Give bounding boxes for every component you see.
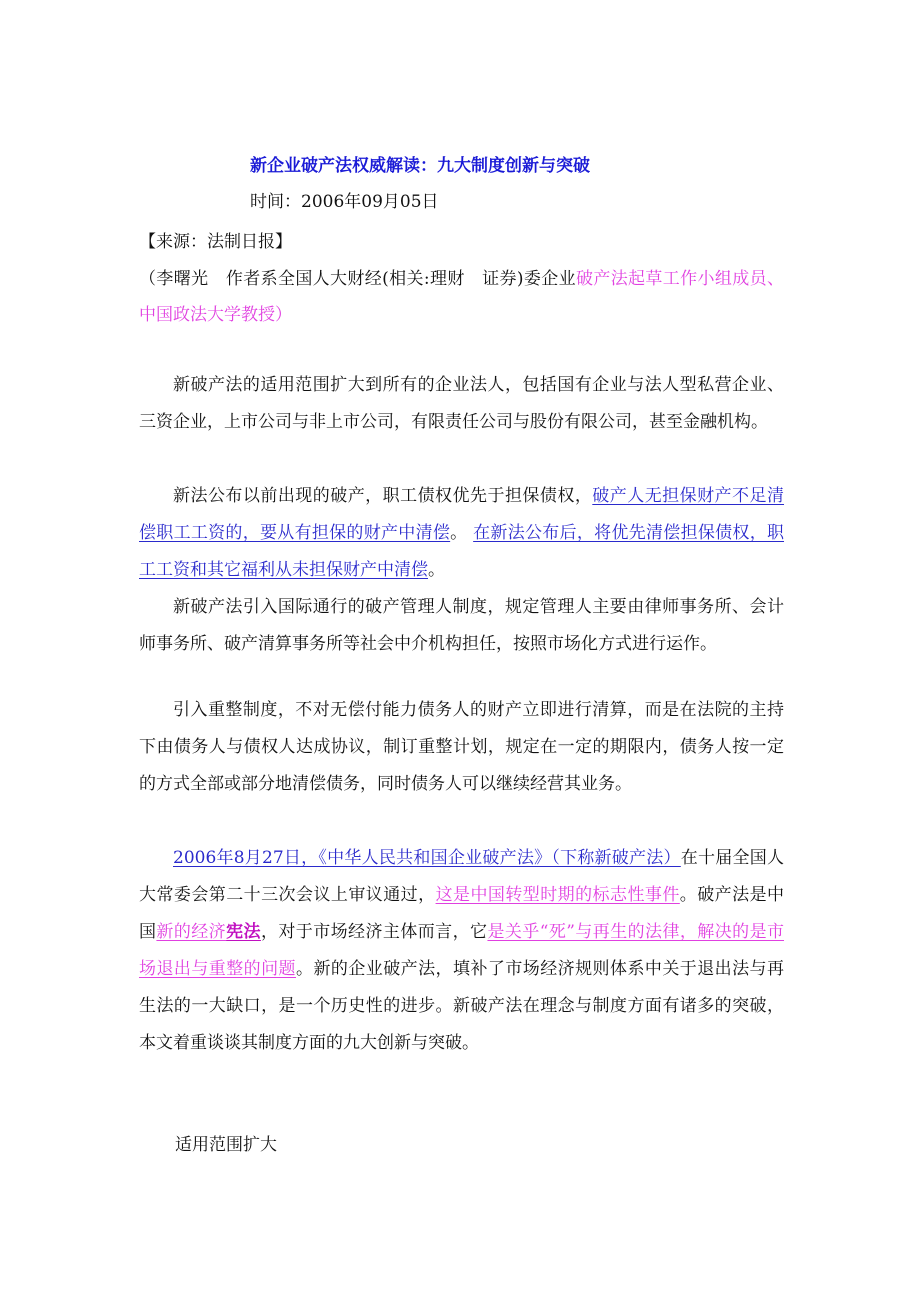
para5-text-3: ，对于市场经济主体而言，它 [261,922,487,942]
paragraph-4: 引入重整制度，不对无偿付能力债务人的财产立即进行清算，而是在法院的主持下由债务人… [139,692,784,803]
paragraph-2: 新法公布以前出现的破产，职工债权优先于担保债权，破产人无担保财产不足清偿职工工资… [139,478,784,589]
para5-link-1[interactable]: 2006年8月27日，《中华人民共和国企业破产法》（下称新破产法） [173,848,681,868]
section-heading: 适用范围扩大 [175,1133,277,1157]
author-plain: （李曙光 作者系全国人大财经(相关:理财 证券)委企业 [139,269,576,289]
para5-link-3[interactable]: 新的经济 [156,922,226,942]
paragraph-5: 2006年8月27日，《中华人民共和国企业破产法》（下称新破产法）在十届全国人大… [139,840,784,1062]
article-source: 【来源：法制日报】 [139,230,292,254]
para5-link-3-bold[interactable]: 宪法 [226,922,261,942]
author-line: （李曙光 作者系全国人大财经(相关:理财 证券)委企业破产法起草工作小组成员、中… [139,261,784,333]
article-date: 时间：2006年09月05日 [250,190,439,214]
para2-text-1: 新法公布以前出现的破产，职工债权优先于担保债权， [173,486,592,506]
paragraph-3: 新破产法引入国际通行的破产管理人制度，规定管理人主要由律师事务所、会计师事务所、… [139,589,784,663]
paragraph-1: 新破产法的适用范围扩大到所有的企业法人，包括国有企业与法人型私营企业、三资企业，… [139,367,784,441]
document-page: 新企业破产法权威解读：九大制度创新与突破 时间：2006年09月05日 【来源：… [0,0,920,1302]
para2-text-2: 。 [450,523,473,543]
para5-link-2[interactable]: 这是中国转型时期的标志性事件 [436,885,680,905]
article-title: 新企业破产法权威解读：九大制度创新与突破 [250,154,590,178]
para2-text-3: 。 [428,560,445,580]
